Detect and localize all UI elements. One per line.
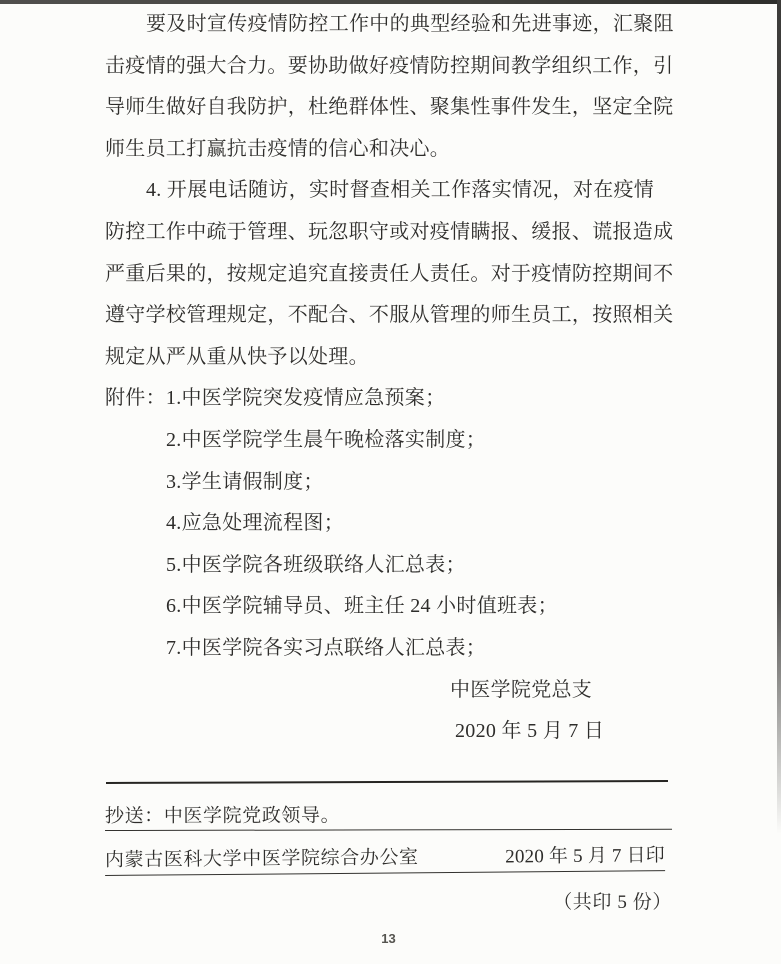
document-body: 要及时宣传疫情防控工作中的典型经验和先进事迹，汇聚阻 击疫情的强大合力。要协助做… [105, 4, 675, 753]
cc-line: 抄送：中医学院党政领导。 [105, 800, 672, 831]
attachments-first-line: 附件：1.中医学院突发疫情应急预案； [105, 378, 675, 420]
copies-count: （共印 5 份） [105, 887, 672, 914]
paragraph-line: 防控工作中疏于管理、玩忽职守或对疫情瞒报、缓报、谎报造成 [105, 212, 675, 254]
page-number: 13 [105, 931, 672, 946]
scan-edge-right [777, 0, 781, 834]
attachment-item: 4.应急处理流程图； [105, 503, 675, 545]
attachment-item: 6.中医学院辅导员、班主任 24 小时值班表； [105, 586, 675, 628]
paragraph-line: 击疫情的强大合力。要协助做好疫情防控期间教学组织工作，引 [105, 46, 675, 88]
attachment-item: 3.学生请假制度； [105, 462, 675, 504]
scanned-document-page: 要及时宣传疫情防控工作中的典型经验和先进事迹，汇聚阻 击疫情的强大合力。要协助做… [0, 0, 781, 964]
footer-separator-rule [106, 780, 668, 784]
paragraph-line: 严重后果的，按规定追究直接责任人责任。对于疫情防控期间不 [105, 254, 675, 296]
attachments-label: 附件： [105, 387, 166, 409]
signature-org: 中医学院党总支 [105, 670, 675, 712]
attachment-item: 2.中医学院学生晨午晚检落实制度； [105, 420, 675, 462]
paragraph-line: 规定从严从重从快予以处理。 [105, 337, 675, 379]
paragraph-line: 4. 开展电话随访，实时督查相关工作落实情况，对在疫情 [105, 170, 675, 212]
paragraph-line: 遵守学校管理规定，不配合、不服从管理的师生员工，按照相关 [105, 295, 675, 337]
paragraph-line: 师生员工打赢抗击疫情的信心和决心。 [105, 129, 675, 171]
issuing-office: 内蒙古医科大学中医学院综合办公室 [105, 842, 419, 872]
paragraph-line: 要及时宣传疫情防控工作中的典型经验和先进事迹，汇聚阻 [105, 4, 675, 46]
attachment-item: 1.中医学院突发疫情应急预案； [166, 387, 446, 409]
signature-date: 2020 年 5 月 7 日 [105, 711, 675, 753]
print-date: 2020 年 5 月 7 日印 [505, 840, 665, 868]
attachment-item: 5.中医学院各班级联络人汇总表； [105, 545, 675, 587]
paragraph-line: 导师生做好自我防护，杜绝群体性、聚集性事件发生，坚定全院 [105, 87, 675, 129]
attachment-item: 7.中医学院各实习点联络人汇总表； [105, 628, 675, 670]
issuer-row: 内蒙古医科大学中医学院综合办公室 2020 年 5 月 7 日印 [105, 840, 665, 876]
